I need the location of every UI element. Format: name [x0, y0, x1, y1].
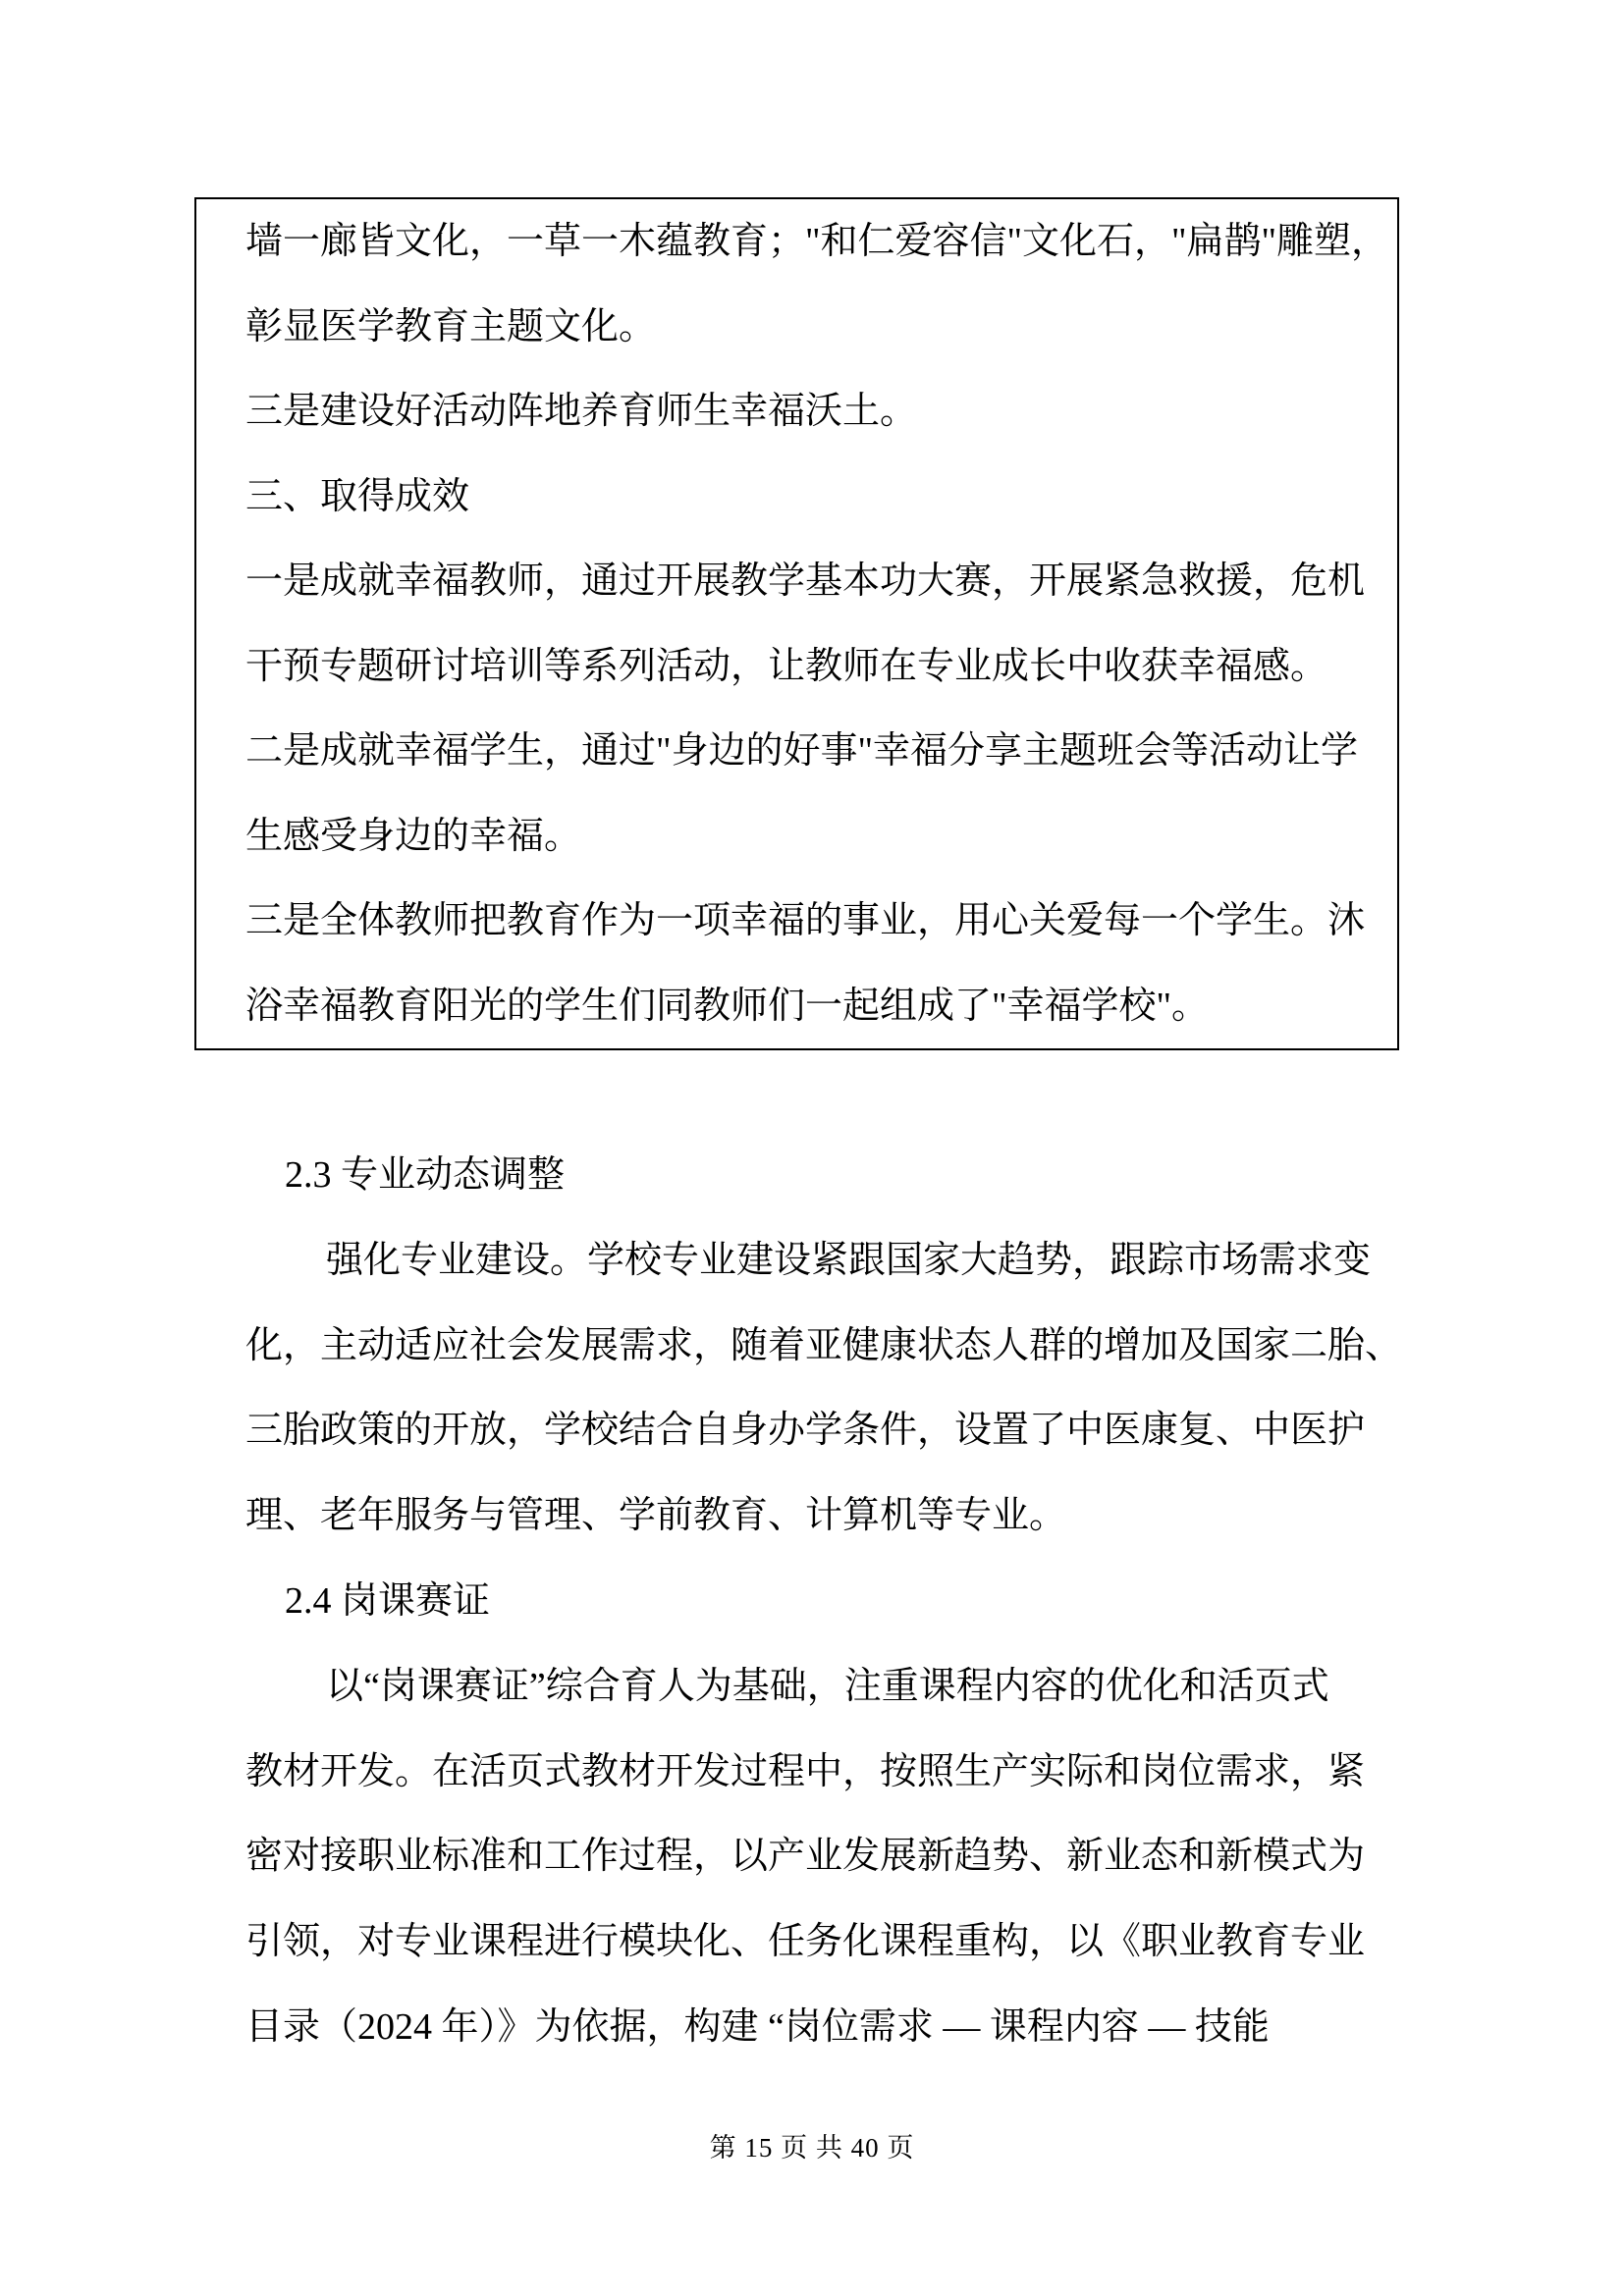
section-heading-2-3: 2.3 专业动态调整 — [245, 1133, 1399, 1218]
paragraph-2-4-line-4: 引领，对专业课程进行模块化、任务化课程重构，以《职业教育专业 — [245, 1899, 1399, 1985]
paragraph-2-4-line-3: 密对接职业标准和工作过程，以产业发展新趋势、新业态和新模式为 — [245, 1814, 1399, 1899]
page-footer: 第 15 页 共 40 页 — [0, 2130, 1624, 2165]
boxed-line-3: 三是建设好活动阵地养育师生幸福沃土。 — [245, 369, 1383, 454]
boxed-line-7: 二是成就幸福学生，通过"身边的好事"幸福分享主题班会等活动让学 — [245, 709, 1383, 794]
paragraph-2-3-line-3: 三胎政策的开放，学校结合自身办学条件，设置了中医康复、中医护 — [245, 1388, 1399, 1473]
section-heading-2-4: 2.4 岗课赛证 — [245, 1559, 1399, 1644]
paragraph-2-3-line-2: 化，主动适应社会发展需求，随着亚健康状态人群的增加及国家二胎、 — [245, 1304, 1399, 1389]
boxed-line-2: 彰显医学教育主题文化。 — [245, 285, 1383, 370]
document-page: 墙一廊皆文化，一草一木蕴教育；"和仁爱容信"文化石，"扁鹊"雕塑， 彰显医学教育… — [0, 0, 1624, 2296]
paragraph-2-4-line-5: 目录（2024 年）》为依据，构建 “岗位需求 — 课程内容 — 技能 — [245, 1985, 1399, 2070]
boxed-text-block: 墙一廊皆文化，一草一木蕴教育；"和仁爱容信"文化石，"扁鹊"雕塑， 彰显医学教育… — [194, 197, 1399, 1050]
paragraph-2-4-line-2: 教材开发。在活页式教材开发过程中，按照生产实际和岗位需求，紧 — [245, 1730, 1399, 1815]
paragraph-2-3-line-1: 强化专业建设。学校专业建设紧跟国家大趋势，跟踪市场需求变 — [245, 1218, 1399, 1304]
boxed-line-1: 墙一廊皆文化，一草一木蕴教育；"和仁爱容信"文化石，"扁鹊"雕塑， — [245, 199, 1383, 285]
boxed-line-5: 一是成就幸福教师，通过开展教学基本功大赛，开展紧急救援，危机 — [245, 539, 1383, 624]
paragraph-2-3-line-4: 理、老年服务与管理、学前教育、计算机等专业。 — [245, 1473, 1399, 1559]
boxed-line-9: 三是全体教师把教育作为一项幸福的事业，用心关爱每一个学生。沐 — [245, 879, 1383, 964]
boxed-line-6: 干预专题研讨培训等系列活动，让教师在专业成长中收获幸福感。 — [245, 624, 1383, 710]
boxed-line-4: 三、取得成效 — [245, 454, 1383, 540]
boxed-line-8: 生感受身边的幸福。 — [245, 794, 1383, 880]
body-text: 2.3 专业动态调整 强化专业建设。学校专业建设紧跟国家大趋势，跟踪市场需求变 … — [245, 1133, 1399, 2070]
paragraph-2-4-line-1: 以“岗课赛证”综合育人为基础，注重课程内容的优化和活页式 — [245, 1644, 1399, 1730]
boxed-line-10: 浴幸福教育阳光的学生们同教师们一起组成了"幸福学校"。 — [245, 964, 1383, 1049]
